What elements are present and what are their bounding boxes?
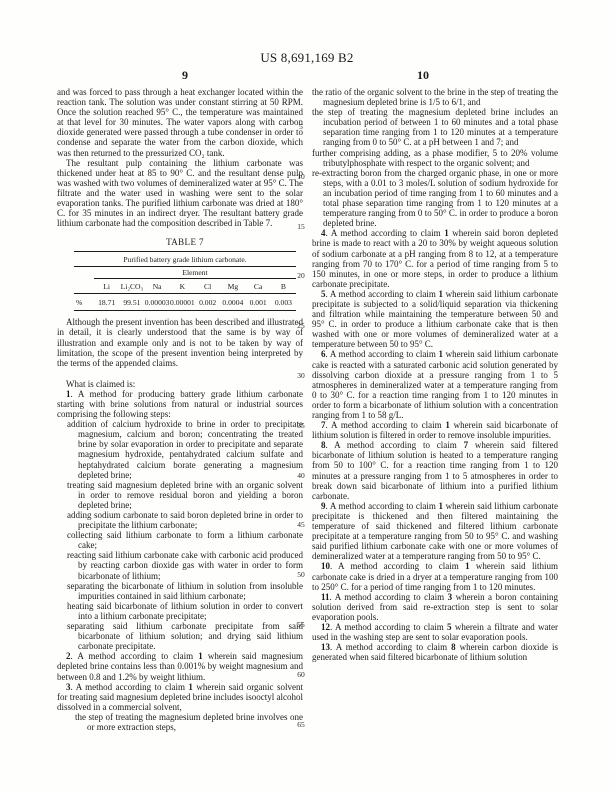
column-header: Li <box>94 279 119 294</box>
claim-1-step: separating the bicarbonate of lithium in… <box>57 581 303 601</box>
claim-1: 1. A method for producing battery grade … <box>57 389 303 419</box>
table-group-row: Element <box>74 267 296 279</box>
claim-2: 2. A method according to claim 1 wherein… <box>57 651 303 681</box>
row-label: % <box>74 294 94 311</box>
bold-text-segment: 13 <box>321 642 330 652</box>
column-header: Mg <box>220 279 245 294</box>
claim-1-step: reacting said lithium carbonate cake wit… <box>57 550 303 580</box>
text-segment: . A method according to claim <box>326 289 439 299</box>
table-value: 18.71 <box>94 294 119 311</box>
text-segment: . A method according to claim <box>326 420 446 430</box>
text-segment: re-extracting boron from the charged org… <box>312 168 558 228</box>
table-data-row: %18.7199.510.000030.000010.0020.00040.00… <box>74 294 296 311</box>
claim-11: 11. A method according to claim 3 wherei… <box>312 592 558 622</box>
column-header: Li₂CO₃ <box>119 279 144 294</box>
text-segment: collecting said lithium carbonate to for… <box>67 530 303 550</box>
column-header: Cl <box>195 279 220 294</box>
claim-7: 7. A method according to claim 1 wherein… <box>312 420 558 440</box>
claim-1-step: heating said bicarbonate of lithium solu… <box>57 601 303 621</box>
table-group-header: Element <box>94 267 296 279</box>
text-segment: . A method according to claim <box>71 651 199 661</box>
claim-12: 12. A method according to claim 5 wherei… <box>312 622 558 642</box>
text-segment: the ratio of the organic solvent to the … <box>312 87 558 107</box>
bold-text-segment: 11 <box>321 592 330 602</box>
table-value: 0.002 <box>195 294 220 311</box>
claim-1-step: addition of calcium hydroxide to brine i… <box>57 419 303 480</box>
claim-3: 3. A method according to claim 1 wherein… <box>57 682 303 712</box>
text-segment: . A method according to claim <box>326 228 445 238</box>
text-segment: the step of treating the magnesium deple… <box>312 107 558 147</box>
table-value: 0.001 <box>246 294 271 311</box>
text-segment: . A method according to claim <box>71 682 189 692</box>
column-header: B <box>271 279 296 294</box>
text-segment: . A method according to claim <box>326 349 439 359</box>
claim-6: 6. A method according to claim 1 wherein… <box>312 349 558 420</box>
claim-1-step: adding sodium carbonate to said boron de… <box>57 510 303 530</box>
claim-4: 4. A method according to claim 1 wherein… <box>312 228 558 289</box>
table-caption: TABLE 7 <box>74 237 296 248</box>
claim-3-step: further comprising adding, as a phase mo… <box>312 148 558 168</box>
table-header-row: LiLi₂CO₃NaKClMgCaB <box>74 279 296 294</box>
text-segment: . A method according to claim <box>330 642 451 652</box>
text-segment: . A method according to claim <box>326 501 439 511</box>
text-segment: adding sodium carbonate to said boron de… <box>67 510 303 530</box>
text-segment: Although the present invention has been … <box>57 317 303 367</box>
claim-3-step: the step of treating the magnesium deple… <box>312 107 558 147</box>
claim-1-step: collecting said lithium carbonate to for… <box>57 530 303 550</box>
text-segment: and was forced to pass through a heat ex… <box>57 87 303 158</box>
bold-text-segment: 10 <box>321 561 330 571</box>
text-segment: separating the bicarbonate of lithium in… <box>67 581 303 601</box>
claims-intro: What is claimed is: <box>57 379 303 389</box>
claim-3-step: the step of treating the magnesium deple… <box>57 712 303 732</box>
table-value: 0.00001 <box>170 294 195 311</box>
composition-table: ElementLiLi₂CO₃NaKClMgCaB%18.7199.510.00… <box>74 267 296 310</box>
left-text-column: and was forced to pass through a heat ex… <box>57 87 303 732</box>
text-segment: wherein said lithium carbonate cake is r… <box>312 349 558 420</box>
table-value: 0.003 <box>271 294 296 311</box>
text-segment: The resultant pulp containing the lithiu… <box>57 158 303 229</box>
claim-3-step: re-extracting boron from the charged org… <box>312 168 558 229</box>
table-frame: Purified battery grade lithium carbonate… <box>74 251 296 311</box>
text-segment: addition of calcium hydroxide to brine i… <box>67 419 303 479</box>
text-segment: the step of treating the magnesium deple… <box>75 712 303 732</box>
claim-1-step: separating said lithium carbonate precip… <box>57 621 303 651</box>
column-header: Na <box>145 279 170 294</box>
text-segment: . A method according to claim <box>326 440 464 450</box>
body-paragraph: The resultant pulp containing the lithiu… <box>57 158 303 229</box>
right-text-column: the ratio of the organic solvent to the … <box>312 87 558 662</box>
bold-text-segment: 12 <box>321 622 330 632</box>
table-7: TABLE 7Purified battery grade lithium ca… <box>74 237 296 311</box>
text-segment: What is claimed is: <box>66 379 135 389</box>
text-segment: treating said magnesium depleted brine w… <box>67 480 303 510</box>
table-value: 99.51 <box>119 294 144 311</box>
column-header: K <box>170 279 195 294</box>
empty-cell <box>74 267 94 279</box>
claim-1-step: treating said magnesium depleted brine w… <box>57 480 303 510</box>
text-segment: . A method for producing battery grade l… <box>57 389 303 419</box>
right-column-page-number: 10 <box>412 68 434 83</box>
patent-document-page: US 8,691,169 B2 9 10 5101520253035404550… <box>0 0 614 792</box>
text-segment: reacting said lithium carbonate cake wit… <box>67 550 303 580</box>
text-segment: separating said lithium carbonate precip… <box>67 621 303 651</box>
table-value: 0.00003 <box>145 294 170 311</box>
table-value: 0.0004 <box>220 294 245 311</box>
column-header: Ca <box>246 279 271 294</box>
claim-9: 9. A method according to claim 1 wherein… <box>312 501 558 562</box>
body-paragraph: Although the present invention has been … <box>57 317 303 367</box>
claim-10: 10. A method according to claim 1 wherei… <box>312 561 558 591</box>
body-paragraph: and was forced to pass through a heat ex… <box>57 87 303 158</box>
text-segment: . A method according to claim <box>330 622 447 632</box>
left-column-page-number: 9 <box>174 68 196 83</box>
claim-13: 13. A method according to claim 8 wherei… <box>312 642 558 662</box>
text-segment: . A method according to claim <box>330 561 465 571</box>
table-subtitle: Purified battery grade lithium carbonate… <box>74 252 296 267</box>
text-segment: . A method according to claim <box>330 592 448 602</box>
claim-8: 8. A method according to claim 7 wherein… <box>312 440 558 501</box>
text-segment: further comprising adding, as a phase mo… <box>312 148 558 168</box>
text-segment: heating said bicarbonate of lithium solu… <box>67 601 303 621</box>
claim-3-step: the ratio of the organic solvent to the … <box>312 87 558 107</box>
empty-cell <box>74 279 94 294</box>
claim-5: 5. A method according to claim 1 wherein… <box>312 289 558 350</box>
